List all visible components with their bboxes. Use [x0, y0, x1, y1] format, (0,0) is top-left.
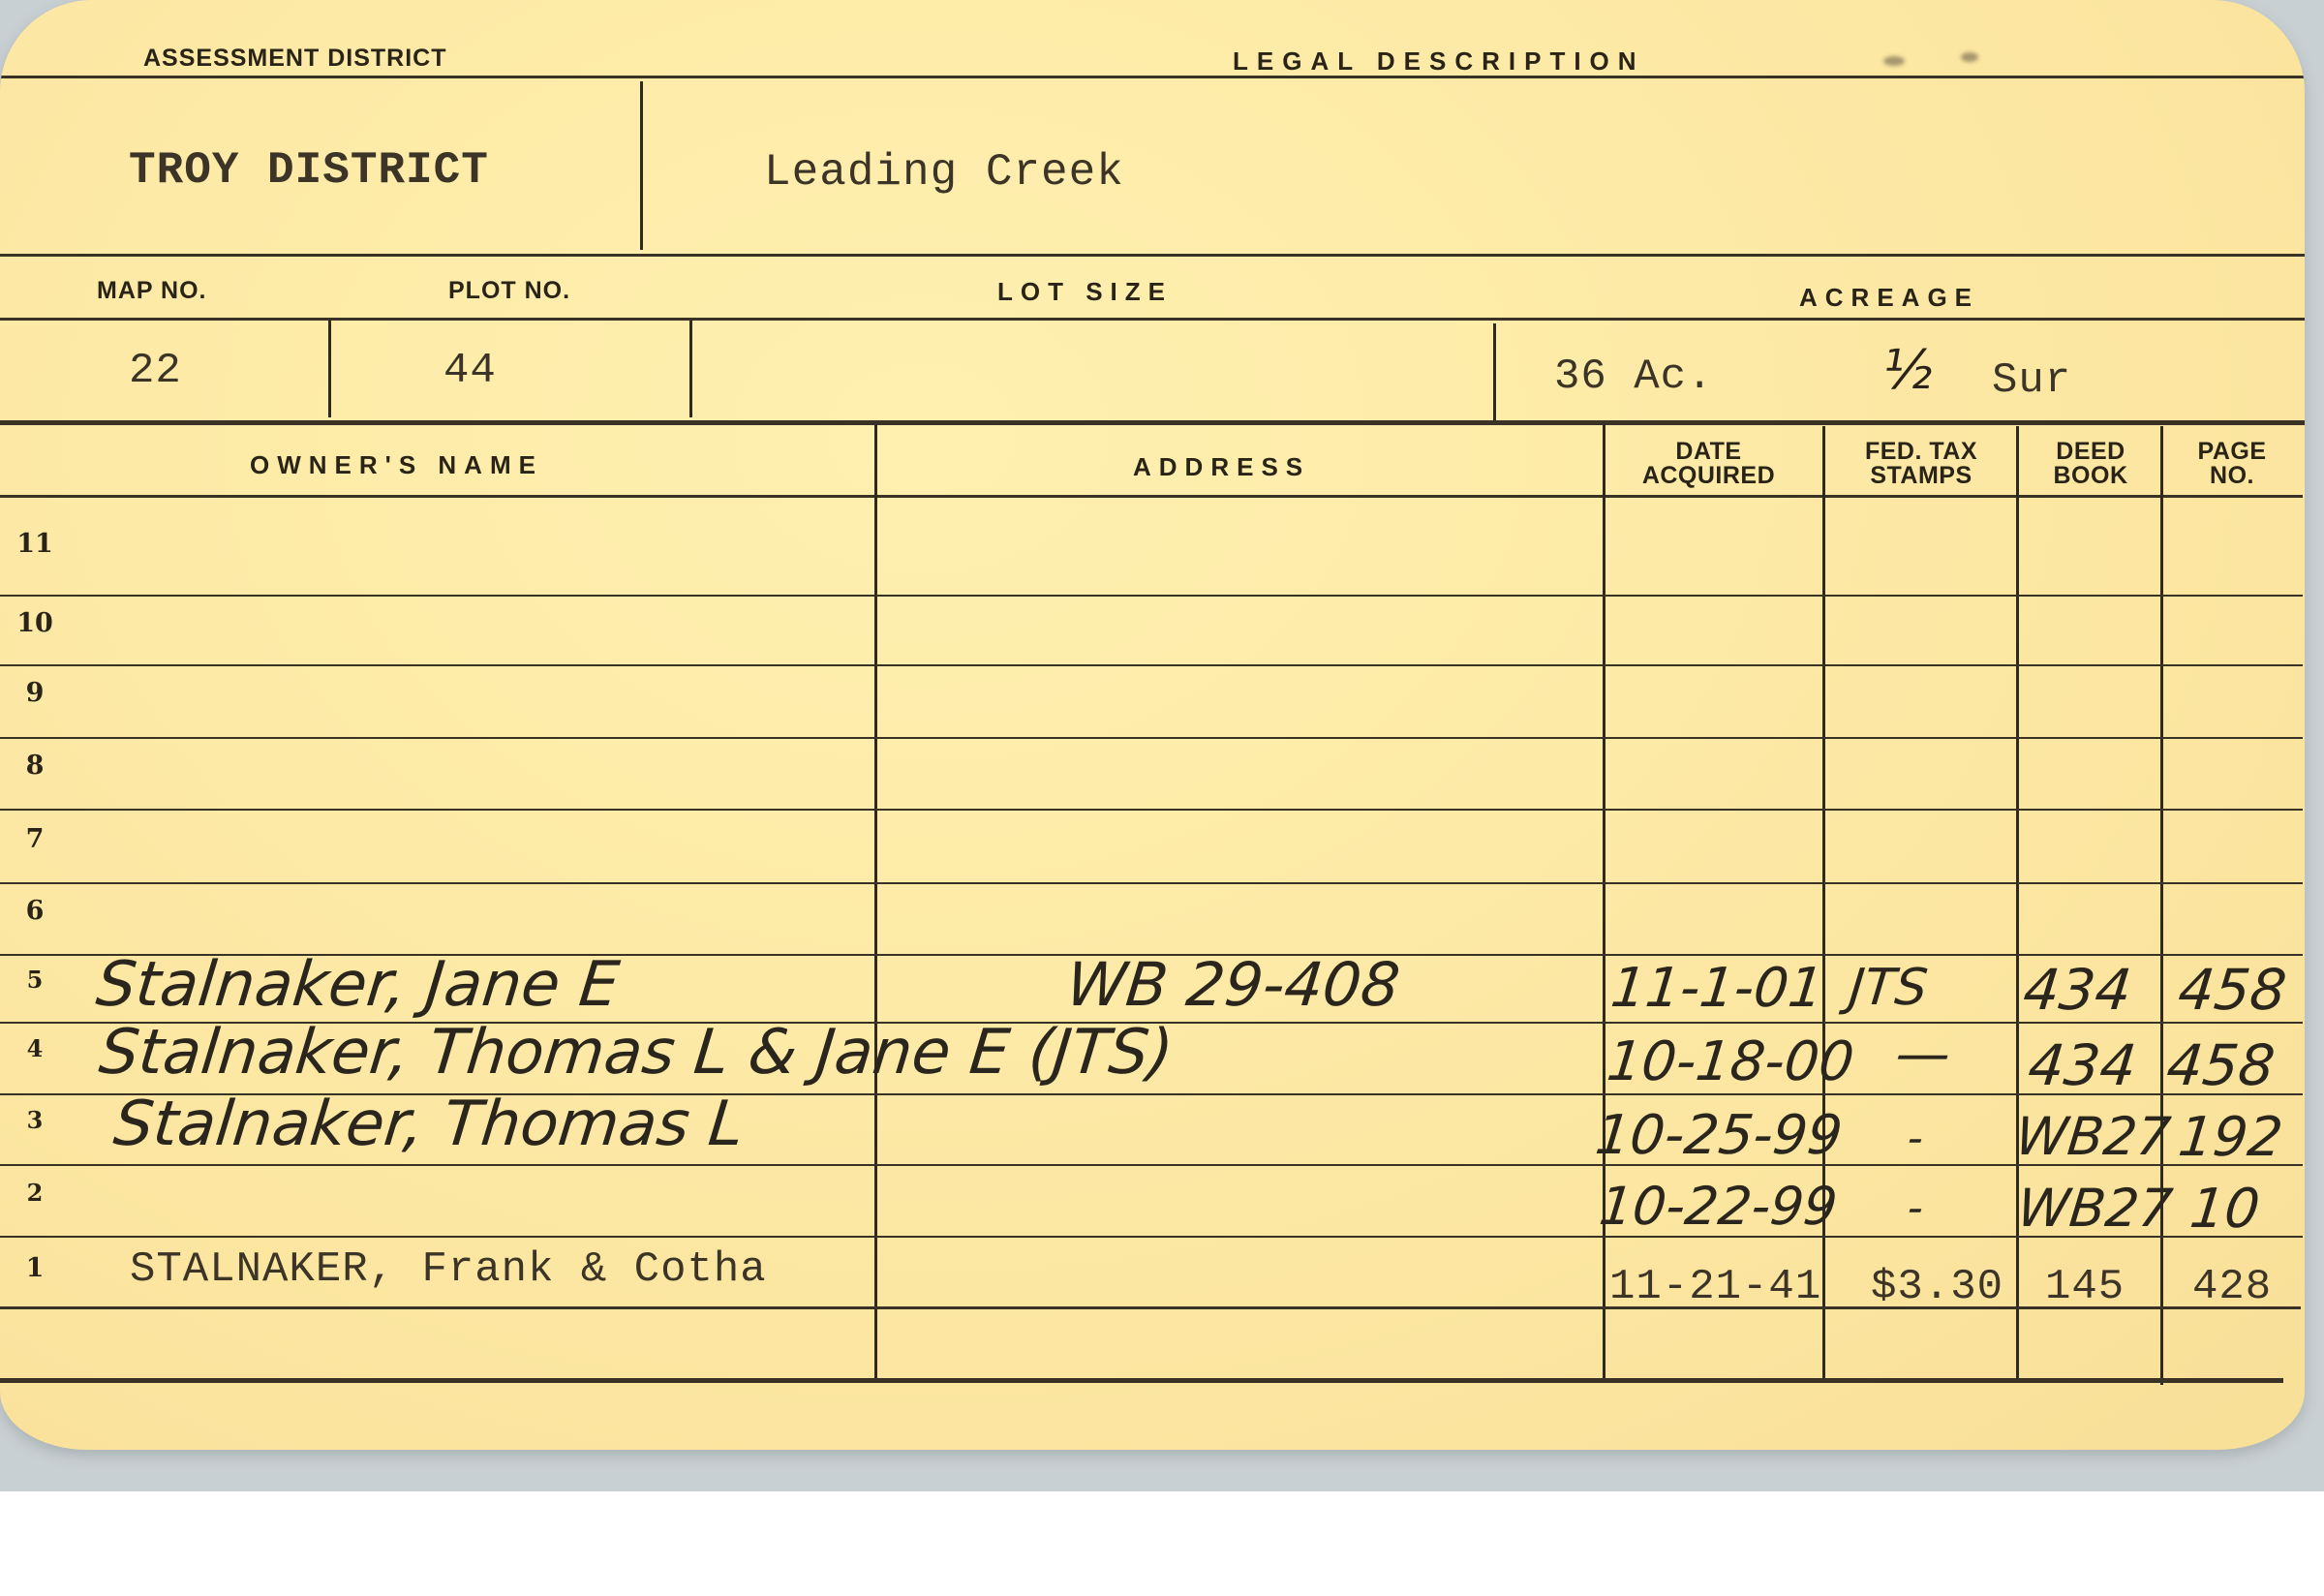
row-divider: [0, 595, 2303, 597]
row-number: 11: [14, 529, 56, 559]
acreage-value: 36 Ac.: [1554, 353, 1713, 401]
date-acquired-cell: 11-1-01: [1608, 957, 1826, 1020]
assessment-district-label: ASSESSMENT DISTRICT: [143, 45, 446, 73]
page-no-cell: 458: [2163, 1032, 2278, 1098]
date-acquired-cell: 10-18-00: [1605, 1030, 1857, 1093]
page-no-cell: 192: [2176, 1106, 2286, 1169]
acreage-label: ACREAGE: [1799, 283, 1979, 313]
fed-tax-stamps-cell: -: [1905, 1183, 1925, 1233]
page-no-header: PAGE NO.: [2167, 440, 2297, 488]
row-number: 5: [14, 966, 56, 994]
row-divider: [0, 737, 2303, 739]
fed-tax-stamps-cell: JTS: [1847, 959, 1930, 1017]
row-number: 6: [14, 896, 56, 926]
deed-book-cell: 145: [2045, 1263, 2125, 1311]
deed-book-cell: WB27: [2015, 1178, 2176, 1239]
table-bottom-border: [0, 1378, 2283, 1383]
fed-tax-stamps-cell: $3.30: [1871, 1263, 2003, 1311]
row-divider: [0, 809, 2303, 811]
owner-name-header: OWNER'S NAME: [250, 450, 543, 480]
row-number: 9: [14, 678, 56, 708]
deed-book-header: DEED BOOK: [2022, 440, 2159, 488]
map-no-value: 22: [129, 347, 182, 395]
page-no-cell: 10: [2187, 1178, 2263, 1241]
row-divider: [0, 882, 2303, 884]
deed-book-cell: WB27: [2013, 1106, 2174, 1167]
divider: [328, 321, 331, 417]
date-acquired-cell: 10-22-99: [1597, 1176, 1841, 1237]
handwritten-fraction-mark: ½: [1877, 339, 1941, 402]
row-number: 8: [14, 751, 56, 781]
assessment-district-value: TROY DISTRICT: [129, 145, 489, 196]
divider: [0, 254, 2305, 257]
row-number: 3: [14, 1106, 56, 1134]
deed-book-cell: 434: [2020, 957, 2134, 1023]
legal-description-label: LEGAL DESCRIPTION: [1233, 46, 1645, 77]
owner-name-cell: Stalnaker, Jane E: [93, 949, 623, 1021]
row-divider: [0, 1236, 2303, 1238]
plot-no-label: PLOT NO.: [448, 277, 570, 305]
row-number: 1: [14, 1253, 56, 1283]
owner-name-cell: Stalnaker, Thomas L: [110, 1089, 748, 1160]
deed-book-cell: 434: [2025, 1032, 2139, 1098]
acreage-suffix: Sur: [1992, 356, 2071, 405]
row-number: 2: [14, 1179, 56, 1207]
fed-tax-stamps-header: FED. TAX STAMPS: [1828, 440, 2014, 488]
column-divider: [2016, 426, 2019, 1383]
divider: [0, 420, 2305, 425]
divider: [1493, 323, 1496, 420]
row-divider: [0, 1164, 2303, 1166]
plot-no-value: 44: [443, 347, 497, 395]
date-acquired-cell: 11-21-41: [1609, 1263, 1821, 1311]
row-divider: [0, 664, 2303, 666]
column-divider: [1822, 426, 1825, 1382]
divider: [0, 76, 2305, 78]
row-number: 4: [14, 1034, 56, 1062]
column-divider: [2160, 426, 2163, 1385]
divider: [0, 495, 2303, 498]
page-no-cell: 428: [2192, 1263, 2272, 1311]
legal-description-value: Leading Creek: [764, 147, 1124, 198]
ink-smudge: [1961, 52, 1978, 62]
address-header: ADDRESS: [1133, 452, 1310, 482]
divider: [640, 81, 643, 250]
divider: [689, 321, 692, 417]
divider: [0, 318, 2305, 321]
address-cell: WB 29-408: [1063, 949, 1403, 1020]
date-acquired-cell: 10-25-99: [1593, 1104, 1846, 1167]
page-no-cell: 458: [2175, 957, 2289, 1023]
property-record-card: ASSESSMENT DISTRICT LEGAL DESCRIPTION TR…: [0, 0, 2305, 1450]
lot-size-label: LOT SIZE: [997, 277, 1173, 307]
fed-tax-stamps-cell: -: [1905, 1114, 1925, 1163]
date-acquired-header: DATE ACQUIRED: [1609, 440, 1808, 488]
ink-smudge: [1883, 56, 1905, 66]
fed-tax-stamps-cell: —: [1893, 1023, 1954, 1086]
owner-name-cell: Stalnaker, Thomas L & Jane E (JTS): [96, 1017, 1177, 1089]
row-number: 10: [14, 608, 56, 638]
map-no-label: MAP NO.: [97, 277, 207, 305]
owner-name-cell: STALNAKER, Frank & Cotha: [130, 1245, 767, 1294]
row-number: 7: [14, 824, 56, 854]
